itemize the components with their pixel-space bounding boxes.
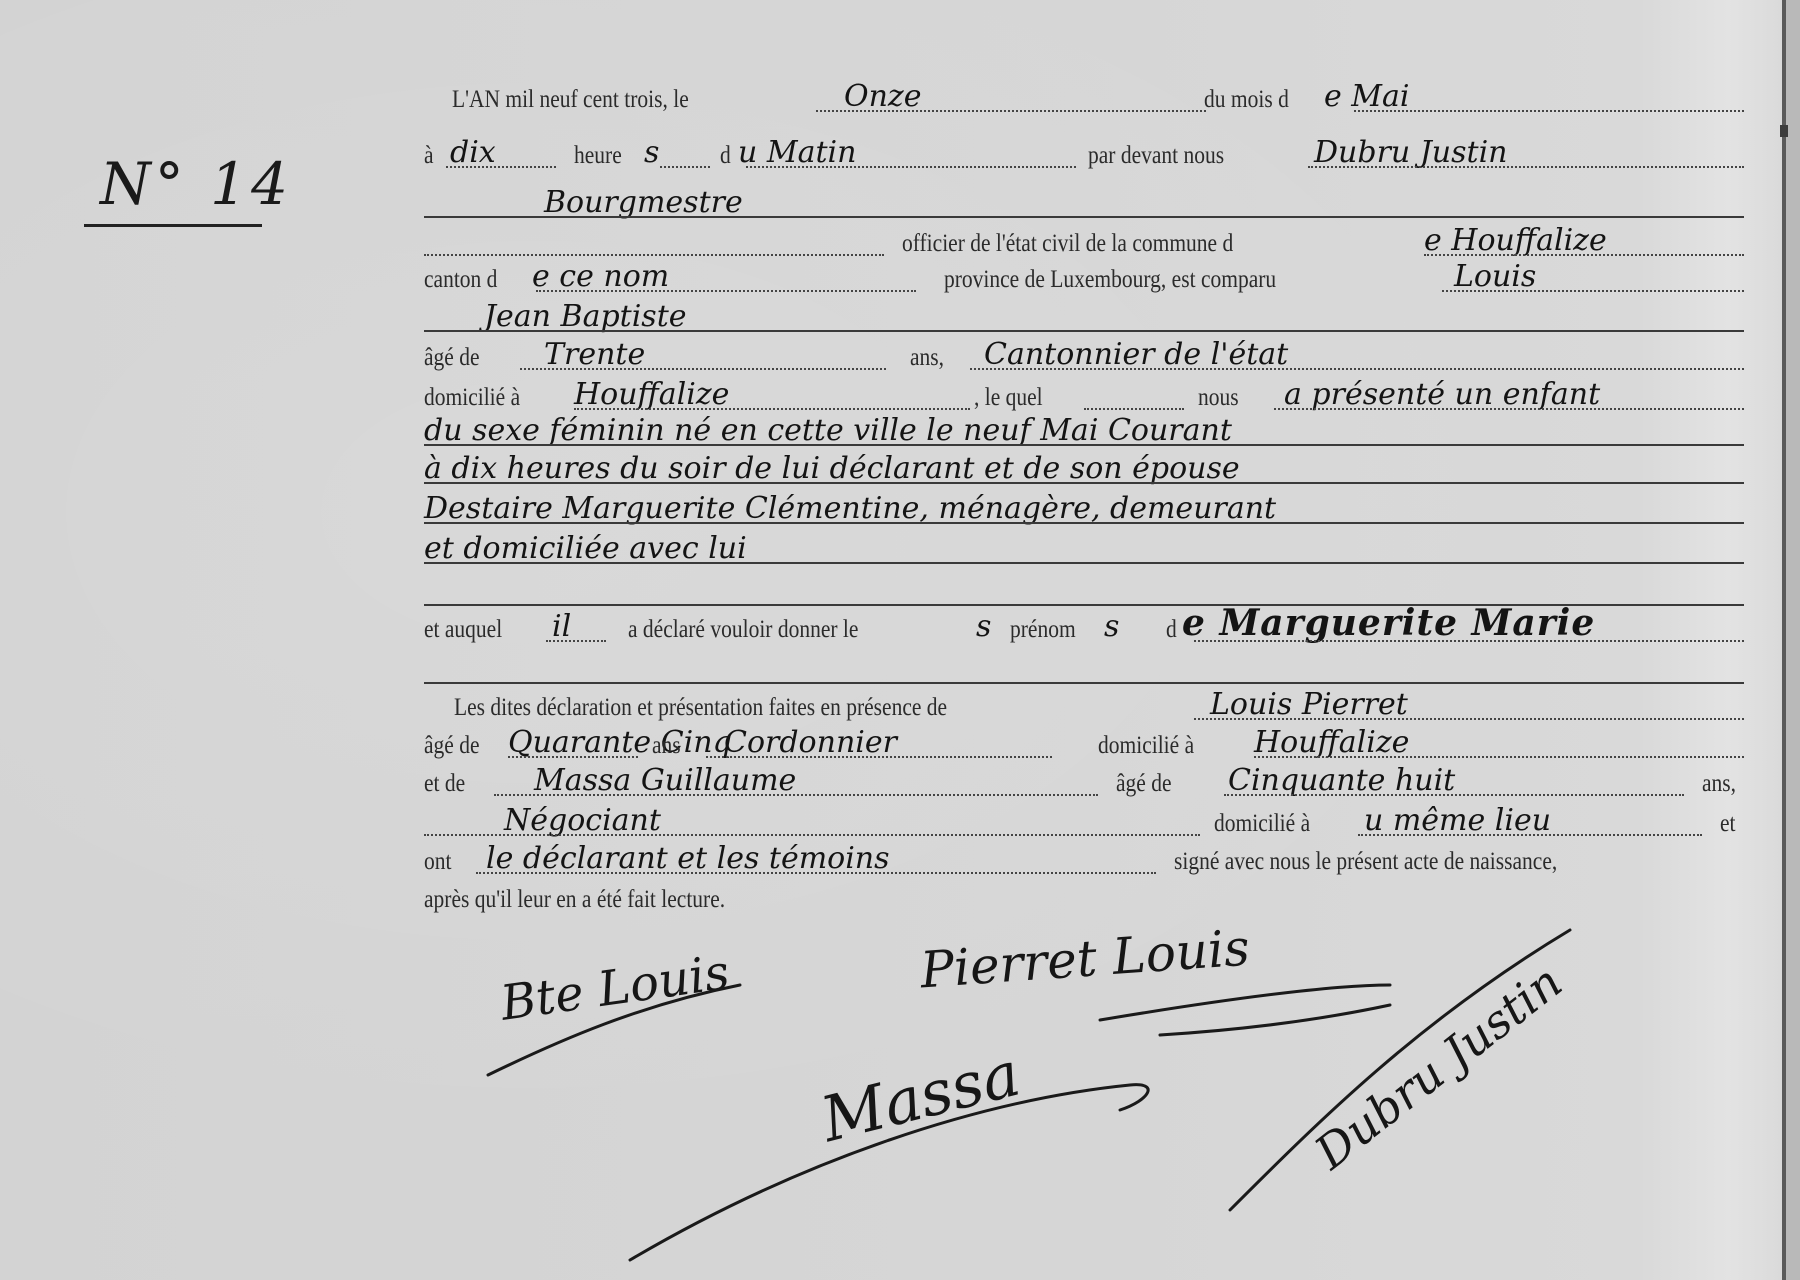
signature-flourishes [0, 0, 1782, 1280]
page-binding-strip [1786, 0, 1800, 1280]
binding-notch [1780, 125, 1788, 137]
register-page: N° 14 L'AN mil neuf cent trois, le Onze … [0, 0, 1782, 1280]
